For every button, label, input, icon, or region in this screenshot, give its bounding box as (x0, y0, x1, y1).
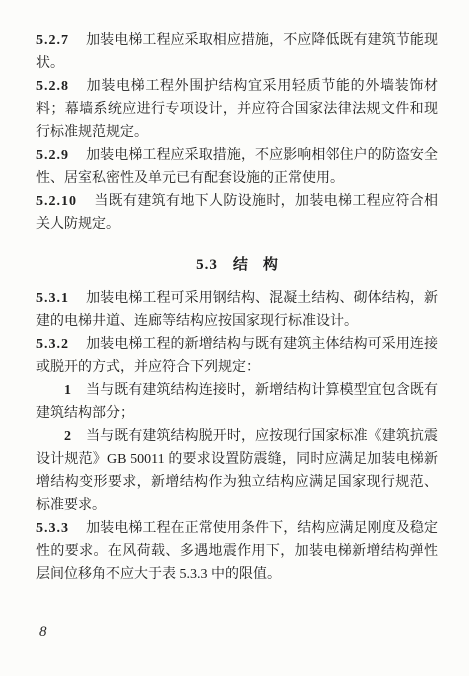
clause-text: 加装电梯工程可采用钢结构、混凝土结构、砌体结构，新建的电梯井道、连廊等结构应按国… (36, 291, 438, 329)
clause-number: 5.3.3 (36, 521, 69, 536)
section-number: 5.3 (196, 257, 218, 273)
section-heading-5-3: 5.3结 构 (36, 254, 438, 277)
clause-number: 5.2.7 (36, 33, 69, 48)
clause-5-3-1: 5.3.1加装电梯工程可采用钢结构、混凝土结构、砌体结构，新建的电梯井道、连廊等… (36, 287, 438, 333)
clause-5-2-10: 5.2.10当既有建筑有地下人防设施时，加装电梯工程应符合相关人防规定。 (36, 190, 438, 236)
clause-5-3-2: 5.3.2加装电梯工程的新增结构与既有建筑主体结构可采用连接或脱开的方式，并应符… (36, 333, 438, 379)
section-title: 结 构 (233, 257, 278, 273)
clause-number: 5.2.9 (36, 148, 69, 163)
clause-number: 5.3.1 (36, 291, 69, 306)
page-number: 8 (36, 621, 438, 644)
clause-text: 加装电梯工程外围护结构宜采用轻质节能的外墙装饰材料；幕墙系统应进行专项设计，并应… (36, 79, 438, 140)
clause-number: 5.2.10 (36, 194, 77, 209)
clause-5-3-3: 5.3.3加装电梯工程在正常使用条件下，结构应满足刚度及稳定性的要求。在风荷载、… (36, 517, 438, 586)
clause-text: 加装电梯工程在正常使用条件下，结构应满足刚度及稳定性的要求。在风荷载、多遇地震作… (36, 521, 438, 582)
clause-text: 加装电梯工程的新增结构与既有建筑主体结构可采用连接或脱开的方式，并应符合下列规定… (36, 337, 438, 375)
document-page: 5.2.7加装电梯工程应采取相应措施，不应降低既有建筑节能现状。 5.2.8加装… (0, 0, 469, 676)
clause-number: 5.3.2 (36, 337, 69, 352)
clause-text: 加装电梯工程应采取措施，不应影响相邻住户的防盗安全性、居室私密性及单元已有配套设… (36, 148, 438, 186)
subitem-number: 1 (64, 383, 71, 398)
clause-text: 加装电梯工程应采取相应措施，不应降低既有建筑节能现状。 (36, 33, 438, 71)
subitem-2: 2当与既有建筑结构脱开时，应按现行国家标准《建筑抗震设计规范》GB 50011 … (36, 425, 438, 517)
clause-5-2-8: 5.2.8加装电梯工程外围护结构宜采用轻质节能的外墙装饰材料；幕墙系统应进行专项… (36, 75, 438, 144)
clause-text: 当既有建筑有地下人防设施时，加装电梯工程应符合相关人防规定。 (36, 194, 438, 232)
subitem-text: 当与既有建筑结构连接时，新增结构计算模型宜包含既有建筑结构部分； (36, 383, 438, 421)
subitem-1: 1当与既有建筑结构连接时，新增结构计算模型宜包含既有建筑结构部分； (36, 379, 438, 425)
subitem-text: 当与既有建筑结构脱开时，应按现行国家标准《建筑抗震设计规范》GB 50011 的… (36, 429, 438, 513)
clause-number: 5.2.8 (36, 79, 69, 94)
clause-5-2-9: 5.2.9加装电梯工程应采取措施，不应影响相邻住户的防盗安全性、居室私密性及单元… (36, 144, 438, 190)
clause-5-2-7: 5.2.7加装电梯工程应采取相应措施，不应降低既有建筑节能现状。 (36, 29, 438, 75)
subitem-number: 2 (64, 429, 71, 444)
